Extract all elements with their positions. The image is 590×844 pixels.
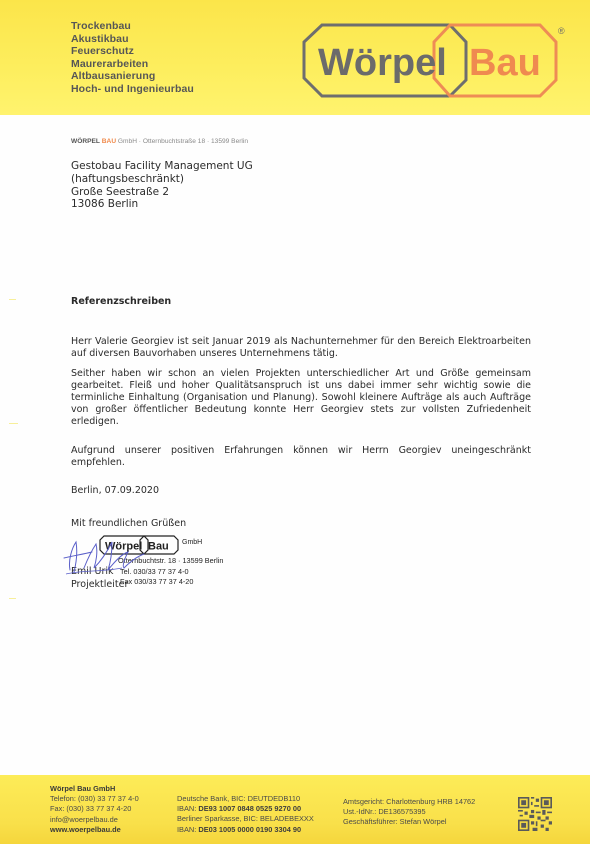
service-item: Trockenbau — [71, 20, 194, 33]
signer-title: Projektleiter — [71, 579, 128, 590]
fold-mark — [9, 299, 16, 300]
recipient-address: Gestobau Facility Management UG (haftung… — [71, 160, 253, 211]
footer-bank2: Berliner Sparkasse, BIC: BELADEBEXXX — [177, 814, 314, 824]
footer-website: www.woerpelbau.de — [50, 825, 139, 835]
recipient-line: Große Seestraße 2 — [71, 186, 253, 199]
qr-code-icon — [518, 797, 552, 831]
letter-subject: Referenzschreiben — [71, 296, 171, 307]
stamp-gmbh: GmbH — [182, 539, 202, 546]
footer-phone: Telefon: (030) 33 77 37 4-0 — [50, 794, 139, 804]
service-item: Hoch- und Ingenieurbau — [71, 83, 194, 96]
sender-address: GmbH · Otternbuchtstraße 18 · 13599 Berl… — [116, 138, 248, 145]
footer-iban1: DE93 1007 0848 0525 9270 00 — [198, 804, 301, 813]
footer-bank-details: Deutsche Bank, BIC: DEUTDEDB110 IBAN: DE… — [177, 794, 314, 835]
letter-date: Berlin, 07.09.2020 — [71, 485, 159, 496]
service-item: Altbausanierung — [71, 70, 194, 83]
fold-mark — [9, 598, 16, 599]
recipient-line: 13086 Berlin — [71, 198, 253, 211]
letter-paragraph: Aufgrund unserer positiven Erfahrungen k… — [71, 445, 531, 469]
footer-iban1-label: IBAN: — [177, 804, 198, 813]
letter-paragraph: Herr Valerie Georgiev ist seit Januar 20… — [71, 336, 531, 360]
recipient-line: Gestobau Facility Management UG — [71, 160, 253, 173]
footer-company-name: Wörpel Bau GmbH — [50, 784, 139, 794]
recipient-line: (haftungsbeschränkt) — [71, 173, 253, 186]
sender-name-bau: BAU — [102, 138, 116, 145]
service-item: Akustikbau — [71, 33, 194, 46]
letter-closing: Mit freundlichen Grüßen — [71, 518, 186, 529]
footer-ceo: Geschäftsführer: Stefan Wörpel — [343, 817, 475, 827]
footer-email: info@woerpelbau.de — [50, 815, 139, 825]
handwritten-signature — [62, 530, 152, 580]
footer-court: Amtsgericht: Charlottenburg HRB 14762 — [343, 797, 475, 807]
letter-paragraph: Seither haben wir schon an vielen Projek… — [71, 368, 531, 428]
footer-contact: Wörpel Bau GmbH Telefon: (030) 33 77 37 … — [50, 784, 139, 835]
footer-vat: Ust.-IdNr.: DE136575395 — [343, 807, 475, 817]
footer-legal: Amtsgericht: Charlottenburg HRB 14762 Us… — [343, 797, 475, 828]
service-item: Maurerarbeiten — [71, 58, 194, 71]
sender-name-woerpel: WÖRPEL — [71, 138, 100, 145]
footer-iban2: DE03 1005 0000 0190 3304 90 — [198, 825, 301, 834]
logo-text-bau: Bau — [469, 42, 541, 84]
footer-iban2-label: IBAN: — [177, 825, 198, 834]
sender-return-address: WÖRPEL BAU GmbH · Otternbuchtstraße 18 ·… — [71, 138, 248, 145]
company-logo: Wörpel Bau ® — [300, 22, 570, 98]
punch-mark — [9, 423, 18, 424]
footer-fax: Fax: (030) 33 77 37 4-20 — [50, 804, 139, 814]
service-item: Feuerschutz — [71, 45, 194, 58]
logo-text-woerpel: Wörpel — [318, 42, 447, 84]
footer-bank1: Deutsche Bank, BIC: DEUTDEDB110 — [177, 794, 314, 804]
services-list: Trockenbau Akustikbau Feuerschutz Maurer… — [71, 20, 194, 96]
registered-mark: ® — [558, 26, 565, 36]
